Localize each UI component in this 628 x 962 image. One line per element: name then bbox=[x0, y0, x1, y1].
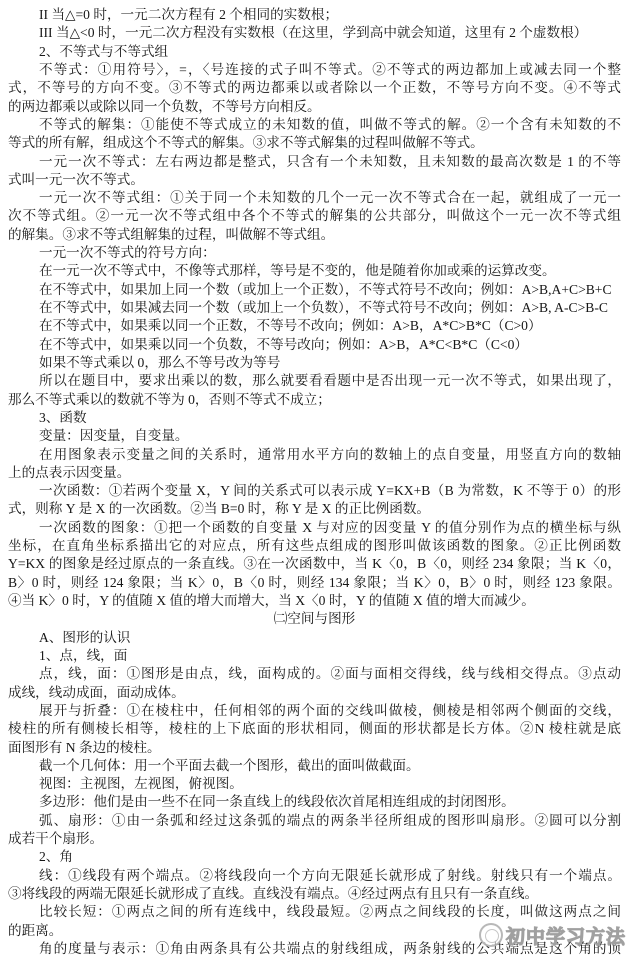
document-page: II 当△=0 时，一元二次方程有 2 个相同的实数根；III 当△<0 时，一… bbox=[0, 0, 628, 962]
text-line: 式叫一元一次不等式。 bbox=[8, 171, 621, 189]
document-text: II 当△=0 时，一元二次方程有 2 个相同的实数根；III 当△<0 时，一… bbox=[8, 6, 621, 958]
text-line: 的距离。 bbox=[8, 922, 621, 940]
text-line: 所以在题目中，要求出乘以的数，那么就要看看题中是否出现一元一次不等式，如果出现了… bbox=[8, 372, 621, 390]
text-line: 面图形有 N 条边的棱柱。 bbox=[8, 739, 621, 757]
text-line: 3、函数 bbox=[8, 409, 621, 427]
text-line: III 当△<0 时，一元二次方程没有实数根（在这里，学到高中就会知道，这里有 … bbox=[8, 24, 621, 42]
text-line: ㈡空间与图形 bbox=[8, 610, 621, 628]
text-line: 一元一次不等式组：①关于同一个未知数的几个一元一次不等式合在一起，就组成了一元一 bbox=[8, 189, 621, 207]
text-line: 在不等式中，如果减去同一个数（或加上一个负数），不等式符号不改向；例如：A>B,… bbox=[8, 299, 621, 317]
text-line: 等式的所有解，组成这个不等式的解集。③求不等式解集的过程叫做解不等式。 bbox=[8, 134, 621, 152]
text-line: 棱柱的所有侧棱长相等，棱柱的上下底面的形状相同，侧面的形状都是长方体。②N 棱柱… bbox=[8, 720, 621, 738]
text-line: 变量：因变量，自变量。 bbox=[8, 427, 621, 445]
text-line: 一元一次不等式：左右两边都是整式，只含有一个未知数，且未知数的最高次数是 1 的… bbox=[8, 153, 621, 171]
text-line: 弧、扇形：①由一条弧和经过这条弧的端点的两条半径所组成的图形叫扇形。②圆可以分割 bbox=[8, 812, 621, 830]
text-line: 展开与折叠：①在棱柱中，任何相邻的两个面的交线叫做棱，侧棱是相邻两个侧面的交线， bbox=[8, 702, 621, 720]
text-line: 式，则称 Y 是 X 的一次函数。②当 B=0 时，称 Y 是 X 的正比例函数… bbox=[8, 500, 621, 518]
text-line: 如果不等式乘以 0，那么不等号改为等号 bbox=[8, 354, 621, 372]
text-line: Y=KX 的图象是经过原点的一条直线。③在一次函数中，当 K〈0，B〈0，则经 … bbox=[8, 555, 621, 573]
text-line: 坐标，在直角坐标系描出它的对应点，所有这些点组成的图形叫做该函数的图象。②正比例… bbox=[8, 537, 621, 555]
text-line: ③将线段的两端无限延长就形成了直线。直线没有端点。④经过两点有且只有一条直线。 bbox=[8, 885, 621, 903]
text-line: 成线，线动成面，面动成体。 bbox=[8, 684, 621, 702]
text-line: 在不等式中，如果加上同一个数（或加上一个正数），不等式符号不改向；例如：A>B,… bbox=[8, 281, 621, 299]
text-line: 一元一次不等式的符号方向： bbox=[8, 244, 621, 262]
text-line: 不等式的解集：①能使不等式成立的未知数的值，叫做不等式的解。②一个含有未知数的不 bbox=[8, 116, 621, 134]
text-line: 的解集。③求不等式组解集的过程，叫做解不等式组。 bbox=[8, 226, 621, 244]
text-line: 的两边都乘以或除以同一个负数，不等号方向相反。 bbox=[8, 98, 621, 116]
text-line: 截一个几何体：用一个平面去截一个图形，截出的面叫做截面。 bbox=[8, 757, 621, 775]
text-line: 上的点表示因变量。 bbox=[8, 464, 621, 482]
text-line: 在不等式中，如果乘以同一个负数，不等号改向；例如：A>B，A*C<B*C（C<0… bbox=[8, 336, 621, 354]
text-line: 线：①线段有两个端点。②将线段向一个方向无限延长就形成了射线。射线只有一个端点。 bbox=[8, 867, 621, 885]
text-line: 式，不等号的方向不变。③不等式的两边都乘以或者除以一个正数，不等号方向不变。④不… bbox=[8, 79, 621, 97]
text-line: 角的度量与表示：①角由两条具有公共端点的射线组成，两条射线的公共端点是这个角的顶 bbox=[8, 940, 621, 958]
text-line: 在用图象表示变量之间的关系时，通常用水平方向的数轴上的点自变量，用竖直方向的数轴 bbox=[8, 446, 621, 464]
text-line: 在一元一次不等式中，不像等式那样，等号是不变的，他是随着你加或乘的运算改变。 bbox=[8, 262, 621, 280]
text-line: B〉0 时，则经 124 象限；当 K〉0，B〈0 时，则经 134 象限；当 … bbox=[8, 574, 621, 592]
text-line: 一次函数的图象：①把一个函数的自变量 X 与对应的因变量 Y 的值分别作为点的横… bbox=[8, 519, 621, 537]
text-line: 一次函数：①若两个变量 X，Y 间的关系式可以表示成 Y=KX+B（B 为常数，… bbox=[8, 482, 621, 500]
text-line: A、图形的认识 bbox=[8, 629, 621, 647]
text-line: 多边形：他们是由一些不在同一条直线上的线段依次首尾相连组成的封闭图形。 bbox=[8, 793, 621, 811]
text-line: 点，线，面：①图形是由点，线，面构成的。②面与面相交得线，线与线相交得点。③点动 bbox=[8, 665, 621, 683]
text-line: 视图：主视图，左视图，俯视图。 bbox=[8, 775, 621, 793]
text-line: 比较长短：①两点之间的所有连线中，线段最短。②两点之间线段的长度，叫做这两点之间 bbox=[8, 903, 621, 921]
text-line: 次不等式组。②一元一次不等式组中各个不等式的解集的公共部分，叫做这个一元一次不等… bbox=[8, 207, 621, 225]
text-line: II 当△=0 时，一元二次方程有 2 个相同的实数根； bbox=[8, 6, 621, 24]
text-line: ④当 K〉0 时，Y 的值随 X 值的增大而增大，当 X〈0 时，Y 的值随 X… bbox=[8, 592, 621, 610]
text-line: 成若干个扇形。 bbox=[8, 830, 621, 848]
text-line: 2、不等式与不等式组 bbox=[8, 43, 621, 61]
text-line: 在不等式中，如果乘以同一个正数，不等号不改向；例如：A>B，A*C>B*C（C>… bbox=[8, 317, 621, 335]
text-line: 那么不等式乘以的数就不等为 0，否则不等式不成立； bbox=[8, 391, 621, 409]
text-line: 1、点，线，面 bbox=[8, 647, 621, 665]
text-line: 不等式：①用符号〉，=，〈号连接的式子叫不等式。②不等式的两边都加上或减去同一个… bbox=[8, 61, 621, 79]
text-line: 2、角 bbox=[8, 848, 621, 866]
